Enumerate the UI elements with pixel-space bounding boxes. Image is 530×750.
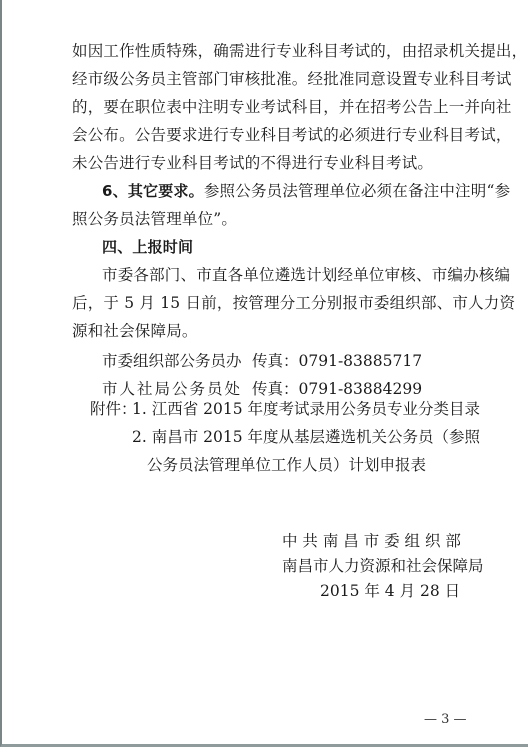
paragraph-line: 的，要在职位表中注明专业考试科目，并在招考公告上一并向社 [72,96,472,118]
document-page: 如因工作性质特殊，确需进行专业科目考试的，由招录机关提出， 经市级公务员主管部门… [0,0,528,747]
contact-fax: 传真：0791-83884299 [252,378,422,400]
paragraph-line: 未公告进行专业科目考试的不得进行专业科目考试。 [72,152,472,174]
section4-line: 市委各部门、市直各单位遴选计划经单位审核、市编办核编 [102,264,502,286]
contact-office: 市委组织部公务员办 [102,350,242,372]
paragraph-line: 如因工作性质特殊，确需进行专业科目考试的，由招录机关提出， [72,40,472,62]
item6-heading: 6、其它要求。 [102,182,204,200]
contact-fax: 传真：0791-83885717 [252,350,422,372]
section4-line: 源和社会保障局。 [72,320,472,342]
section4-line: 后，于 5 月 15 日前，按管理分工分别报市委组织部、市人力资 [72,292,472,314]
attachment-item: 2. 南昌市 2015 年度从基层遴选机关公务员（参照 [132,426,480,448]
contact-office: 市人社局公务员处 [102,378,242,400]
item6-line: 6、其它要求。参照公务员法管理单位必须在备注中注明“参 [102,180,502,202]
attachments-label: 附件： [90,398,137,420]
section4-heading: 四、上报时间 [102,236,502,258]
paragraph-line: 经市级公务员主管部门审核批准。经批准同意设置专业科目考试 [72,68,472,90]
item6-line2: 照公务员法管理单位”。 [72,208,472,230]
signature-org1: 中 共 南 昌 市 委 组 织 部 [282,530,461,552]
attachment-item: 1. 江西省 2015 年度考试录用公务员专业分类目录 [132,398,480,420]
item6-text: 参照公务员法管理单位必须在备注中注明“参 [204,182,510,200]
signature-date: 2015 年 4 月 28 日 [320,580,460,602]
signature-org2: 南昌市人力资源和社会保障局 [282,555,484,577]
page-number: — 3 — [424,712,467,727]
attachment-item: 公务员法管理单位工作人员）计划申报表 [147,454,426,476]
paragraph-line: 会公布。公告要求进行专业科目考试的必须进行专业科目考试， [72,124,472,146]
